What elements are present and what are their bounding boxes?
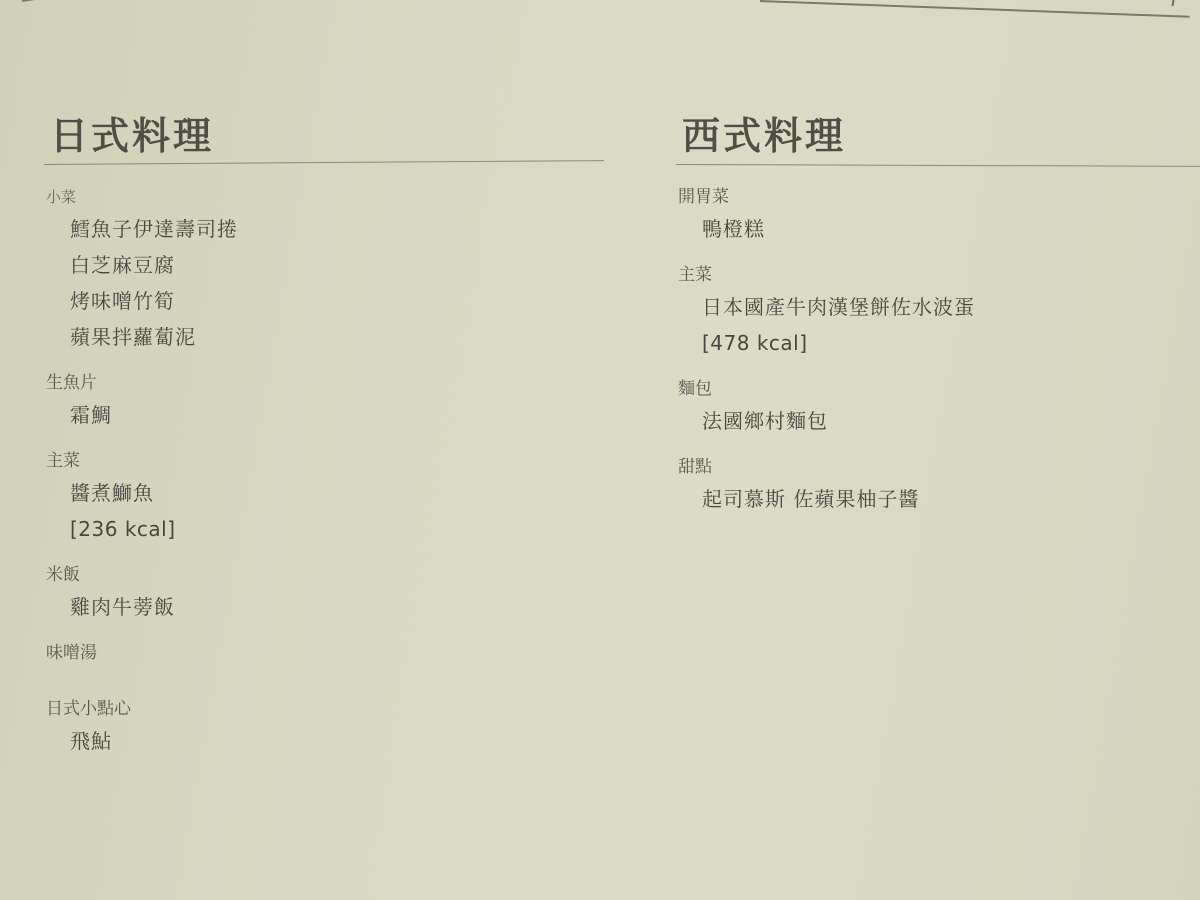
menu-item: 鴨橙糕 <box>702 211 1200 247</box>
menu-item: 鱈魚子伊達壽司捲 <box>70 211 604 247</box>
top-left-rule <box>22 0 82 2</box>
course-label: 生魚片 <box>46 369 604 397</box>
course-bread: 麵包 法國鄉村麵包 <box>676 375 1200 439</box>
course-main: 主菜 醬煮鰤魚 [236 kcal] <box>44 447 604 547</box>
menu-item: 飛鮎 <box>70 723 604 759</box>
calorie-count: [236 kcal] <box>70 511 604 547</box>
course-appetizer: 開胃菜 鴨橙糕 <box>676 183 1200 247</box>
calorie-count: [478 kcal] <box>702 325 1200 361</box>
course-label: 主菜 <box>678 261 1200 289</box>
course-rice: 米飯 雞肉牛蒡飯 <box>44 561 604 625</box>
top-right-tick <box>1171 0 1174 6</box>
japanese-menu-section: 日式料理 小菜 鱈魚子伊達壽司捲 白芝麻豆腐 烤味噌竹筍 蘋果拌蘿蔔泥 生魚片 … <box>44 110 604 773</box>
course-miso-soup: 味噌湯 <box>44 639 604 667</box>
menu-item: 白芝麻豆腐 <box>70 247 604 283</box>
course-appetizers: 小菜 鱈魚子伊達壽司捲 白芝麻豆腐 烤味噌竹筍 蘋果拌蘿蔔泥 <box>44 183 604 355</box>
japanese-course-list: 小菜 鱈魚子伊達壽司捲 白芝麻豆腐 烤味噌竹筍 蘋果拌蘿蔔泥 生魚片 霜鯛 主菜… <box>44 183 604 759</box>
menu-item: 法國鄉村麵包 <box>702 403 1200 439</box>
course-label: 日式小點心 <box>46 695 604 723</box>
course-sashimi: 生魚片 霜鯛 <box>44 369 604 433</box>
menu-item: 雞肉牛蒡飯 <box>70 589 604 625</box>
course-label: 米飯 <box>46 561 604 589</box>
course-label: 麵包 <box>678 375 1200 403</box>
western-section-title: 西式料理 <box>682 110 1200 162</box>
menu-item: 日本國產牛肉漢堡餅佐水波蛋 <box>702 289 1200 325</box>
top-right-rule <box>760 0 1190 18</box>
course-label: 主菜 <box>46 447 604 475</box>
menu-item: 蘋果拌蘿蔔泥 <box>70 319 604 355</box>
course-label: 甜點 <box>678 453 1200 481</box>
course-main: 主菜 日本國產牛肉漢堡餅佐水波蛋 [478 kcal] <box>676 261 1200 361</box>
course-dessert: 甜點 起司慕斯 佐蘋果柚子醬 <box>676 453 1200 517</box>
western-menu-section: 西式料理 開胃菜 鴨橙糕 主菜 日本國產牛肉漢堡餅佐水波蛋 [478 kcal]… <box>676 110 1200 531</box>
western-section-divider <box>676 164 1200 167</box>
menu-item: 霜鯛 <box>70 397 604 433</box>
course-label: 小菜 <box>46 183 604 211</box>
japanese-section-title: 日式料理 <box>50 110 604 162</box>
course-wagashi: 日式小點心 飛鮎 <box>44 695 604 759</box>
menu-item: 醬煮鰤魚 <box>70 475 604 511</box>
course-label: 味噌湯 <box>46 639 604 667</box>
course-label: 開胃菜 <box>678 183 1200 211</box>
western-course-list: 開胃菜 鴨橙糕 主菜 日本國產牛肉漢堡餅佐水波蛋 [478 kcal] 麵包 法… <box>676 183 1200 517</box>
menu-item: 烤味噌竹筍 <box>70 283 604 319</box>
menu-item: 起司慕斯 佐蘋果柚子醬 <box>702 481 1200 517</box>
